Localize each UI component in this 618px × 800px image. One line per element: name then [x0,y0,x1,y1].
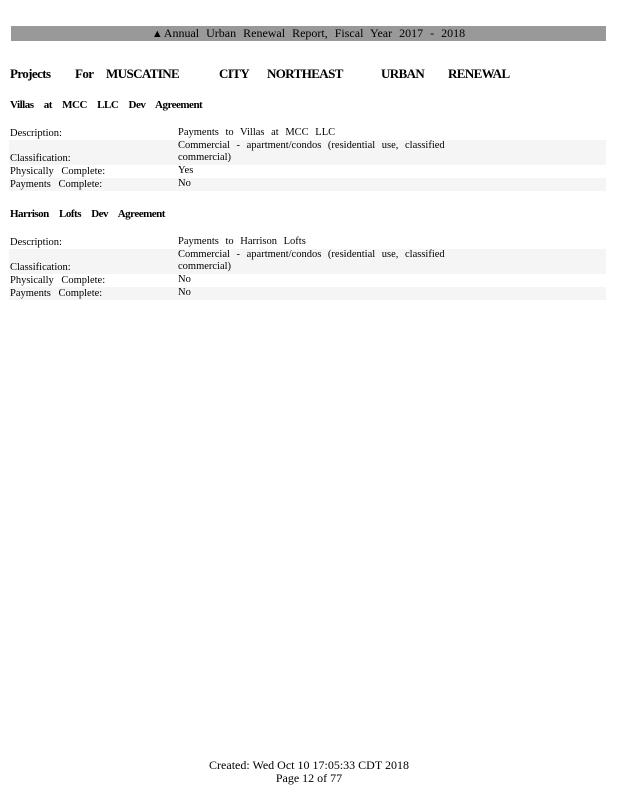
field-value: Yes [178,165,458,177]
report-title: Annual Urban Renewal Report, Fiscal Year… [164,26,465,40]
field-label: Description: [10,237,62,249]
title-word: NORTHEAST [267,66,343,82]
field-label: Physically Complete: [10,166,105,178]
project-title: Harrison Lofts Dev Agreement [10,208,165,220]
table-row: Payments Complete: No [9,287,606,300]
field-label: Classification: [10,262,71,274]
title-word: RENEWAL [448,66,510,82]
report-header-banner: ▲Annual Urban Renewal Report, Fiscal Yea… [11,26,606,41]
table-row: Description: Payments to Harrison Lofts [9,236,606,249]
page-number: Page 12 of 77 [0,772,618,785]
field-value: No [178,178,458,190]
field-value: Commercial - apartment/condos (residenti… [178,249,458,273]
field-value: Payments to Villas at MCC LLC [178,127,458,139]
title-word: CITY [219,66,249,82]
field-label: Description: [10,128,62,140]
field-label: Payments Complete: [10,288,102,300]
title-word: URBAN [381,66,424,82]
table-row: Description: Payments to Villas at MCC L… [9,127,606,140]
triangle-up-icon: ▲ [152,28,163,40]
table-row: Physically Complete: No [9,274,606,287]
field-value: No [178,287,458,299]
field-label: Classification: [10,153,71,165]
field-value: No [178,274,458,286]
project-title: Villas at MCC LLC Dev Agreement [10,99,202,111]
table-row: Physically Complete: Yes [9,165,606,178]
field-value: Payments to Harrison Lofts [178,236,458,248]
field-label: Payments Complete: [10,179,102,191]
field-label: Physically Complete: [10,275,105,287]
title-word: For [75,66,93,82]
project-details-table: Description: Payments to Villas at MCC L… [9,127,606,191]
title-word: Projects [10,66,50,82]
project-details-table: Description: Payments to Harrison Lofts … [9,236,606,300]
table-row: Payments Complete: No [9,178,606,191]
table-row: Classification: Commercial - apartment/c… [9,249,606,274]
field-value: Commercial - apartment/condos (residenti… [178,140,458,164]
title-word: MUSCATINE [106,66,179,82]
table-row: Classification: Commercial - apartment/c… [9,140,606,165]
